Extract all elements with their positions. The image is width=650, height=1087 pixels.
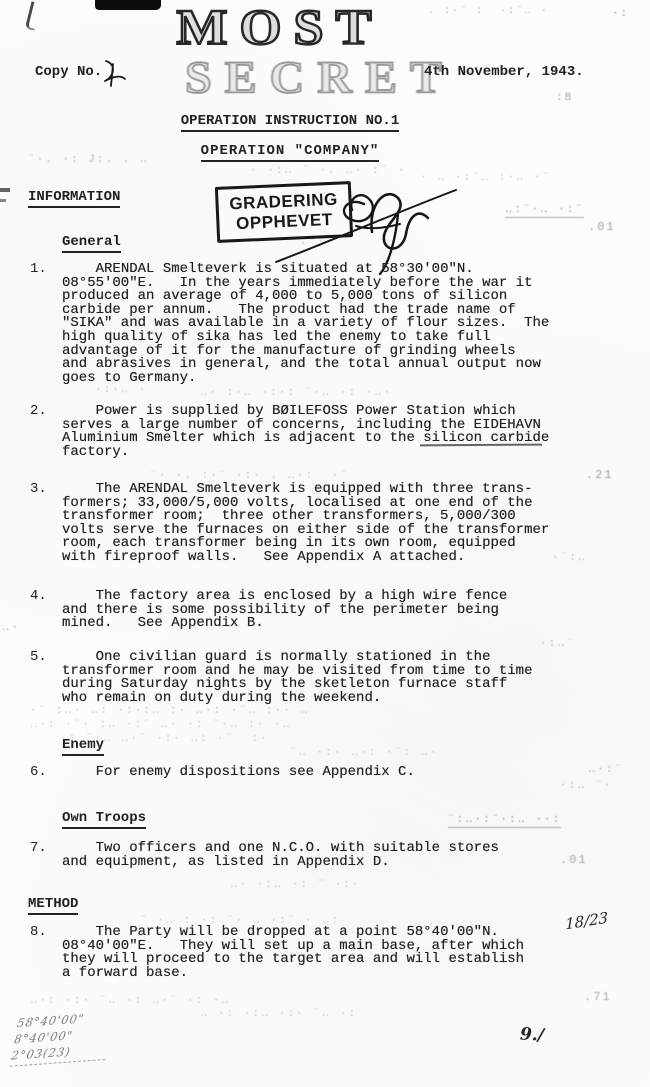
- page-number-mark: 9./: [519, 1024, 544, 1045]
- bleedthrough-artifact: ‥· :·‥ ·:·: ¨·‥ ·: ·‥·: [200, 385, 392, 399]
- left-edge-tick-2: [0, 199, 6, 202]
- paragraph-number: 7.: [30, 842, 47, 856]
- paragraph-text: The factory area is enclosed by a high w…: [62, 590, 582, 631]
- document-title: OPERATION INSTRUCTION NO.1: [60, 113, 520, 132]
- paragraph-3: 3. The ARENDAL Smelteverk is equipped wi…: [30, 483, 605, 565]
- paragraph-7: 7. Two officers and one N.C.O. with suit…: [30, 842, 605, 869]
- bleedthrough-artifact: ‥·: [2, 620, 20, 634]
- bleedthrough-artifact: ‥ ·: ·:‥ ·:· ¨‥ ·:: [200, 1006, 357, 1020]
- bleedthrough-artifact: :8: [556, 92, 573, 104]
- paragraph-text: For enemy dispositions see Appendix C.: [62, 766, 582, 780]
- general-heading: General: [62, 234, 121, 253]
- paragraph-6: 6. For enemy dispositions see Appendix C…: [30, 766, 605, 780]
- document-subtitle: OPERATION "COMPANY": [60, 143, 520, 162]
- paragraph-text: The Party will be dropped at a point 58°…: [62, 926, 582, 980]
- bleedthrough-artifact: .21: [586, 468, 614, 482]
- copy-number-handwritten-mark: [99, 58, 129, 90]
- bleedthrough-artifact: ¨‥ ·:· ‥·: ·¨: ‥·: [290, 745, 438, 759]
- bleedthrough-artifact: ¨:‥·:¨·:‥ ··:: [448, 812, 561, 828]
- paragraph-number: 5.: [30, 651, 47, 665]
- paragraph-number: 3.: [30, 483, 47, 497]
- paragraph-number: 4.: [30, 590, 47, 604]
- own-troops-heading: Own Troops: [62, 810, 146, 829]
- edge-ink-mark: [25, 1, 41, 31]
- document-page: . :·¨ : ·:¨‥ ··:·‥:¨·‥:8¨·. ·: J:. . ‥· …: [0, 0, 650, 1087]
- left-edge-tick: [0, 188, 10, 192]
- paragraph-text: The ARENDAL Smelteverk is equipped with …: [62, 483, 582, 565]
- paragraph-number: 2.: [30, 405, 47, 419]
- paragraph-text: Two officers and one N.C.O. with suitabl…: [62, 842, 582, 869]
- bleedthrough-artifact: .01: [588, 220, 616, 234]
- paragraph-1: 1. ARENDAL Smelteverk is situated at 58°…: [30, 263, 605, 385]
- document-date: 4th November, 1943.: [424, 64, 584, 80]
- bleedthrough-artifact: ·:‥ ¨·: [560, 778, 612, 792]
- paragraph-text: ARENDAL Smelteverk is situated at 58°30'…: [62, 263, 582, 385]
- bleedthrough-artifact: ‥·: ·¨· :‥ ·:¨ ‥· ·: ¨·‥ :· ·‥: [30, 717, 292, 731]
- paragraph-4: 4. The factory area is enclosed by a hig…: [30, 590, 605, 631]
- bleedthrough-artifact: ·:: [612, 8, 629, 20]
- paragraph-5: 5. One civilian guard is normally statio…: [30, 651, 605, 705]
- bleedthrough-artifact: ‥· ·:‥ ·: ¨ ·:·: [230, 877, 361, 891]
- bleedthrough-artifact: ‥:¨·‥ ·:¨: [505, 202, 584, 218]
- bleedthrough-artifact: .71: [584, 990, 612, 1004]
- paragraph-text: One civilian guard is normally stationed…: [62, 651, 582, 705]
- method-heading: METHOD: [28, 896, 78, 915]
- information-heading: INFORMATION: [28, 189, 120, 208]
- bleedthrough-artifact: ·:‥¨: [540, 636, 575, 650]
- paragraph-number: 1.: [30, 263, 47, 277]
- bleedthrough-artifact: ¨· ·. :·¨ ·:· . ‥·: ·¨: [150, 468, 349, 482]
- paragraph-number: 8.: [30, 926, 47, 940]
- enemy-heading: Enemy: [62, 737, 104, 756]
- paragraph-8: 8. The Party will be dropped at a point …: [30, 926, 605, 980]
- copy-number-label: Copy No.: [35, 64, 102, 80]
- bleedthrough-artifact: ‥·: ·:· ¨‥ ·: ‥·¨ ·: ·‥: [30, 993, 231, 1007]
- most-secret-stamp-top: MOST: [110, 2, 450, 52]
- paragraph-number: 6.: [30, 766, 47, 780]
- paragraph-2: 2. Power is supplied by BØILEFOSS Power …: [30, 405, 605, 459]
- pencil-notes: 58°40'00"8°40'00"2°03(23): [10, 1008, 115, 1066]
- paragraph-text: Power is supplied by BØILEFOSS Power Sta…: [62, 405, 582, 459]
